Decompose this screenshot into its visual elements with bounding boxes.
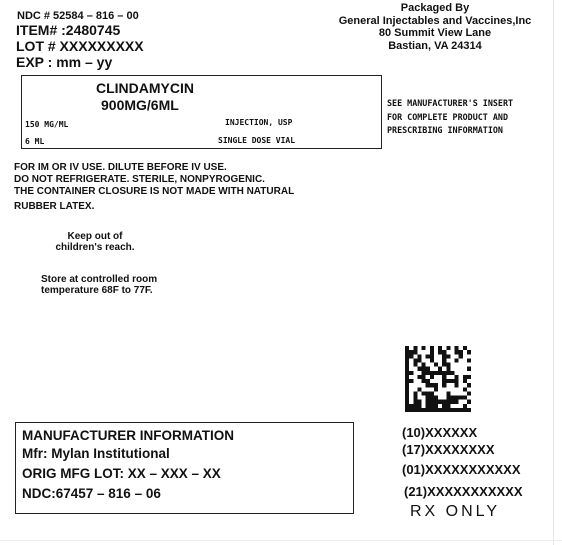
usage-warnings: FOR IM OR IV USE. DILUTE BEFORE IV USE. … (14, 162, 294, 213)
rx-only: RX ONLY (410, 503, 500, 521)
drug-strength: 900MG/6ML (101, 97, 179, 113)
manufacturer-name: Mfr: Mylan Institutional (22, 446, 170, 461)
warning-line: FOR IM OR IV USE. DILUTE BEFORE IV USE. (14, 162, 294, 174)
drug-volume: 6 ML (25, 137, 44, 146)
storage-line: temperature 68F to 77F. (41, 285, 157, 296)
packager-title: Packaged By (300, 2, 562, 15)
ndc-number: NDC # 52584 – 816 – 00 (17, 10, 139, 22)
label-bottom-edge (0, 540, 562, 541)
manufacturer-ndc: NDC:67457 – 816 – 06 (22, 486, 161, 501)
lot-number: LOT # XXXXXXXXX (16, 38, 144, 54)
label-edge (553, 0, 554, 545)
insert-note-line: PRESCRIBING INFORMATION (387, 124, 513, 138)
packager-name: General Injectables and Vaccines,Inc (300, 15, 562, 28)
dosage-form: INJECTION, USP (225, 118, 292, 127)
drug-concentration: 150 MG/ML (25, 120, 68, 129)
item-number: ITEM# :2480745 (16, 22, 120, 38)
warning-line: RUBBER LATEX. (14, 201, 294, 213)
drug-info-box (21, 75, 382, 149)
code-10: (10)XXXXXX (402, 425, 477, 440)
warning-line: THE CONTAINER CLOSURE IS NOT MADE WITH N… (14, 186, 294, 198)
packager-city: Bastian, VA 24314 (300, 40, 562, 53)
drug-name: CLINDAMYCIN (96, 80, 194, 96)
warning-line: DO NOT REFRIGERATE. STERILE, NONPYROGENI… (14, 174, 294, 186)
datamatrix-barcode-icon (404, 346, 472, 412)
manufacturer-title: MANUFACTURER INFORMATION (22, 428, 234, 443)
insert-note-line: FOR COMPLETE PRODUCT AND (387, 111, 513, 125)
children-warning-line: children's reach. (50, 242, 140, 253)
packager-info: Packaged By General Injectables and Vacc… (300, 2, 562, 52)
original-mfg-lot: ORIG MFG LOT: XX – XXX – XX (22, 466, 221, 481)
code-01: (01)XXXXXXXXXXX (402, 462, 521, 477)
children-warning: Keep out of children's reach. (50, 231, 140, 253)
expiration-date: EXP : mm – yy (16, 54, 112, 70)
insert-note: SEE MANUFACTURER'S INSERT FOR COMPLETE P… (387, 97, 513, 138)
insert-note-line: SEE MANUFACTURER'S INSERT (387, 97, 513, 111)
storage-line: Store at controlled room (41, 274, 157, 285)
packager-street: 80 Summit View Lane (300, 27, 562, 40)
code-21: (21)XXXXXXXXXXX (404, 484, 523, 499)
storage-instructions: Store at controlled room temperature 68F… (41, 274, 157, 296)
vial-type: SINGLE DOSE VIAL (218, 136, 295, 145)
code-17: (17)XXXXXXXX (402, 442, 495, 457)
children-warning-line: Keep out of (50, 231, 140, 242)
